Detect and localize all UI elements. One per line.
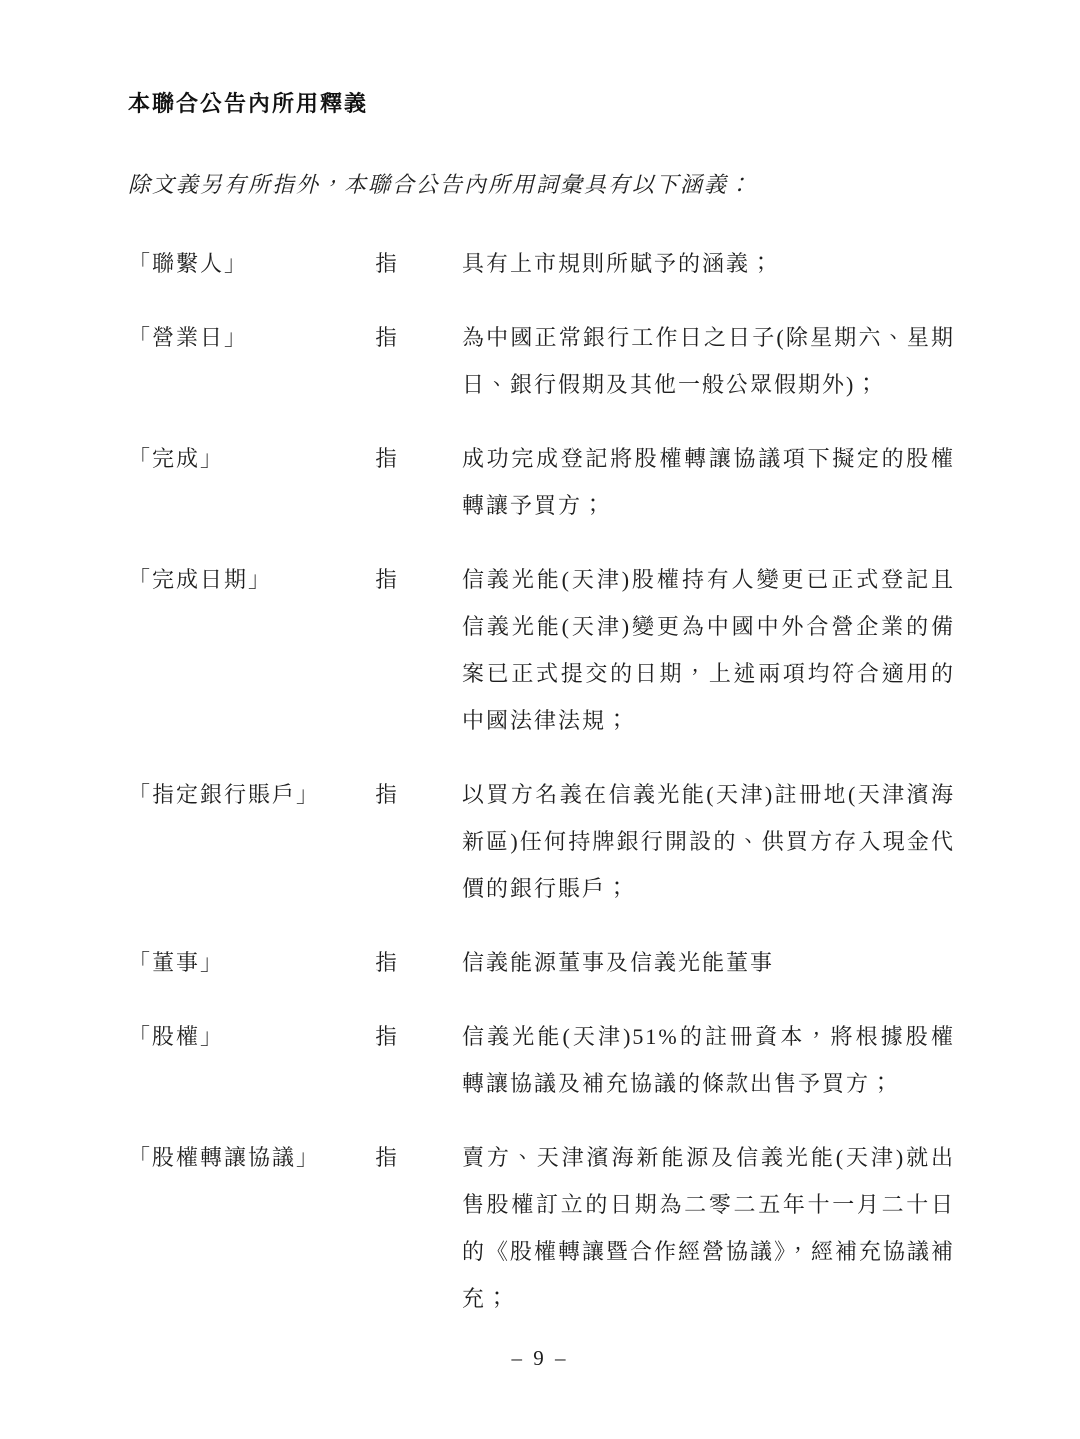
- definition-term: 「完成」: [128, 435, 375, 529]
- definition-indicator: 指: [375, 1013, 462, 1107]
- definition-text: 信義光能(天津)51%的註冊資本，將根據股權轉讓協議及補充協議的條款出售予買方；: [462, 1013, 955, 1107]
- definition-term: 「完成日期」: [128, 556, 375, 744]
- page-number: – 9 –: [0, 1346, 1080, 1371]
- definition-indicator: 指: [375, 939, 462, 986]
- definition-indicator: 指: [375, 240, 462, 287]
- definition-row: 「營業日」 指 為中國正常銀行工作日之日子(除星期六、星期日、銀行假期及其他一般…: [128, 314, 955, 408]
- definition-indicator: 指: [375, 556, 462, 744]
- definition-term: 「指定銀行賬戶」: [128, 771, 375, 912]
- definition-row: 「董事」 指 信義能源董事及信義光能董事: [128, 939, 955, 986]
- definition-text: 成功完成登記將股權轉讓協議項下擬定的股權轉讓予買方；: [462, 435, 955, 529]
- definition-term: 「股權」: [128, 1013, 375, 1107]
- definition-row: 「完成日期」 指 信義光能(天津)股權持有人變更已正式登記且信義光能(天津)變更…: [128, 556, 955, 744]
- definition-text: 信義光能(天津)股權持有人變更已正式登記且信義光能(天津)變更為中國中外合營企業…: [462, 556, 955, 744]
- definition-row: 「股權轉讓協議」 指 賣方、天津濱海新能源及信義光能(天津)就出售股權訂立的日期…: [128, 1134, 955, 1322]
- definition-term: 「聯繫人」: [128, 240, 375, 287]
- definition-text: 以買方名義在信義光能(天津)註冊地(天津濱海新區)任何持牌銀行開設的、供買方存入…: [462, 771, 955, 912]
- definition-indicator: 指: [375, 771, 462, 912]
- definition-row: 「指定銀行賬戶」 指 以買方名義在信義光能(天津)註冊地(天津濱海新區)任何持牌…: [128, 771, 955, 912]
- definition-row: 「股權」 指 信義光能(天津)51%的註冊資本，將根據股權轉讓協議及補充協議的條…: [128, 1013, 955, 1107]
- intro-text: 除文義另有所指外，本聯合公告內所用詞彙具有以下涵義：: [128, 170, 955, 200]
- definition-term: 「董事」: [128, 939, 375, 986]
- page-title: 本聯合公告內所用釋義: [128, 90, 955, 118]
- definition-row: 「完成」 指 成功完成登記將股權轉讓協議項下擬定的股權轉讓予買方；: [128, 435, 955, 529]
- definition-text: 信義能源董事及信義光能董事: [462, 939, 955, 986]
- definition-text: 為中國正常銀行工作日之日子(除星期六、星期日、銀行假期及其他一般公眾假期外)；: [462, 314, 955, 408]
- definition-term: 「股權轉讓協議」: [128, 1134, 375, 1322]
- definition-term: 「營業日」: [128, 314, 375, 408]
- definition-indicator: 指: [375, 1134, 462, 1322]
- definition-row: 「聯繫人」 指 具有上市規則所賦予的涵義；: [128, 240, 955, 287]
- document-page: 本聯合公告內所用釋義 除文義另有所指外，本聯合公告內所用詞彙具有以下涵義： 「聯…: [0, 0, 1080, 1439]
- definition-text: 賣方、天津濱海新能源及信義光能(天津)就出售股權訂立的日期為二零二五年十一月二十…: [462, 1134, 955, 1322]
- definitions-list: 「聯繫人」 指 具有上市規則所賦予的涵義； 「營業日」 指 為中國正常銀行工作日…: [128, 240, 955, 1322]
- definition-indicator: 指: [375, 435, 462, 529]
- definition-text: 具有上市規則所賦予的涵義；: [462, 240, 955, 287]
- definition-indicator: 指: [375, 314, 462, 408]
